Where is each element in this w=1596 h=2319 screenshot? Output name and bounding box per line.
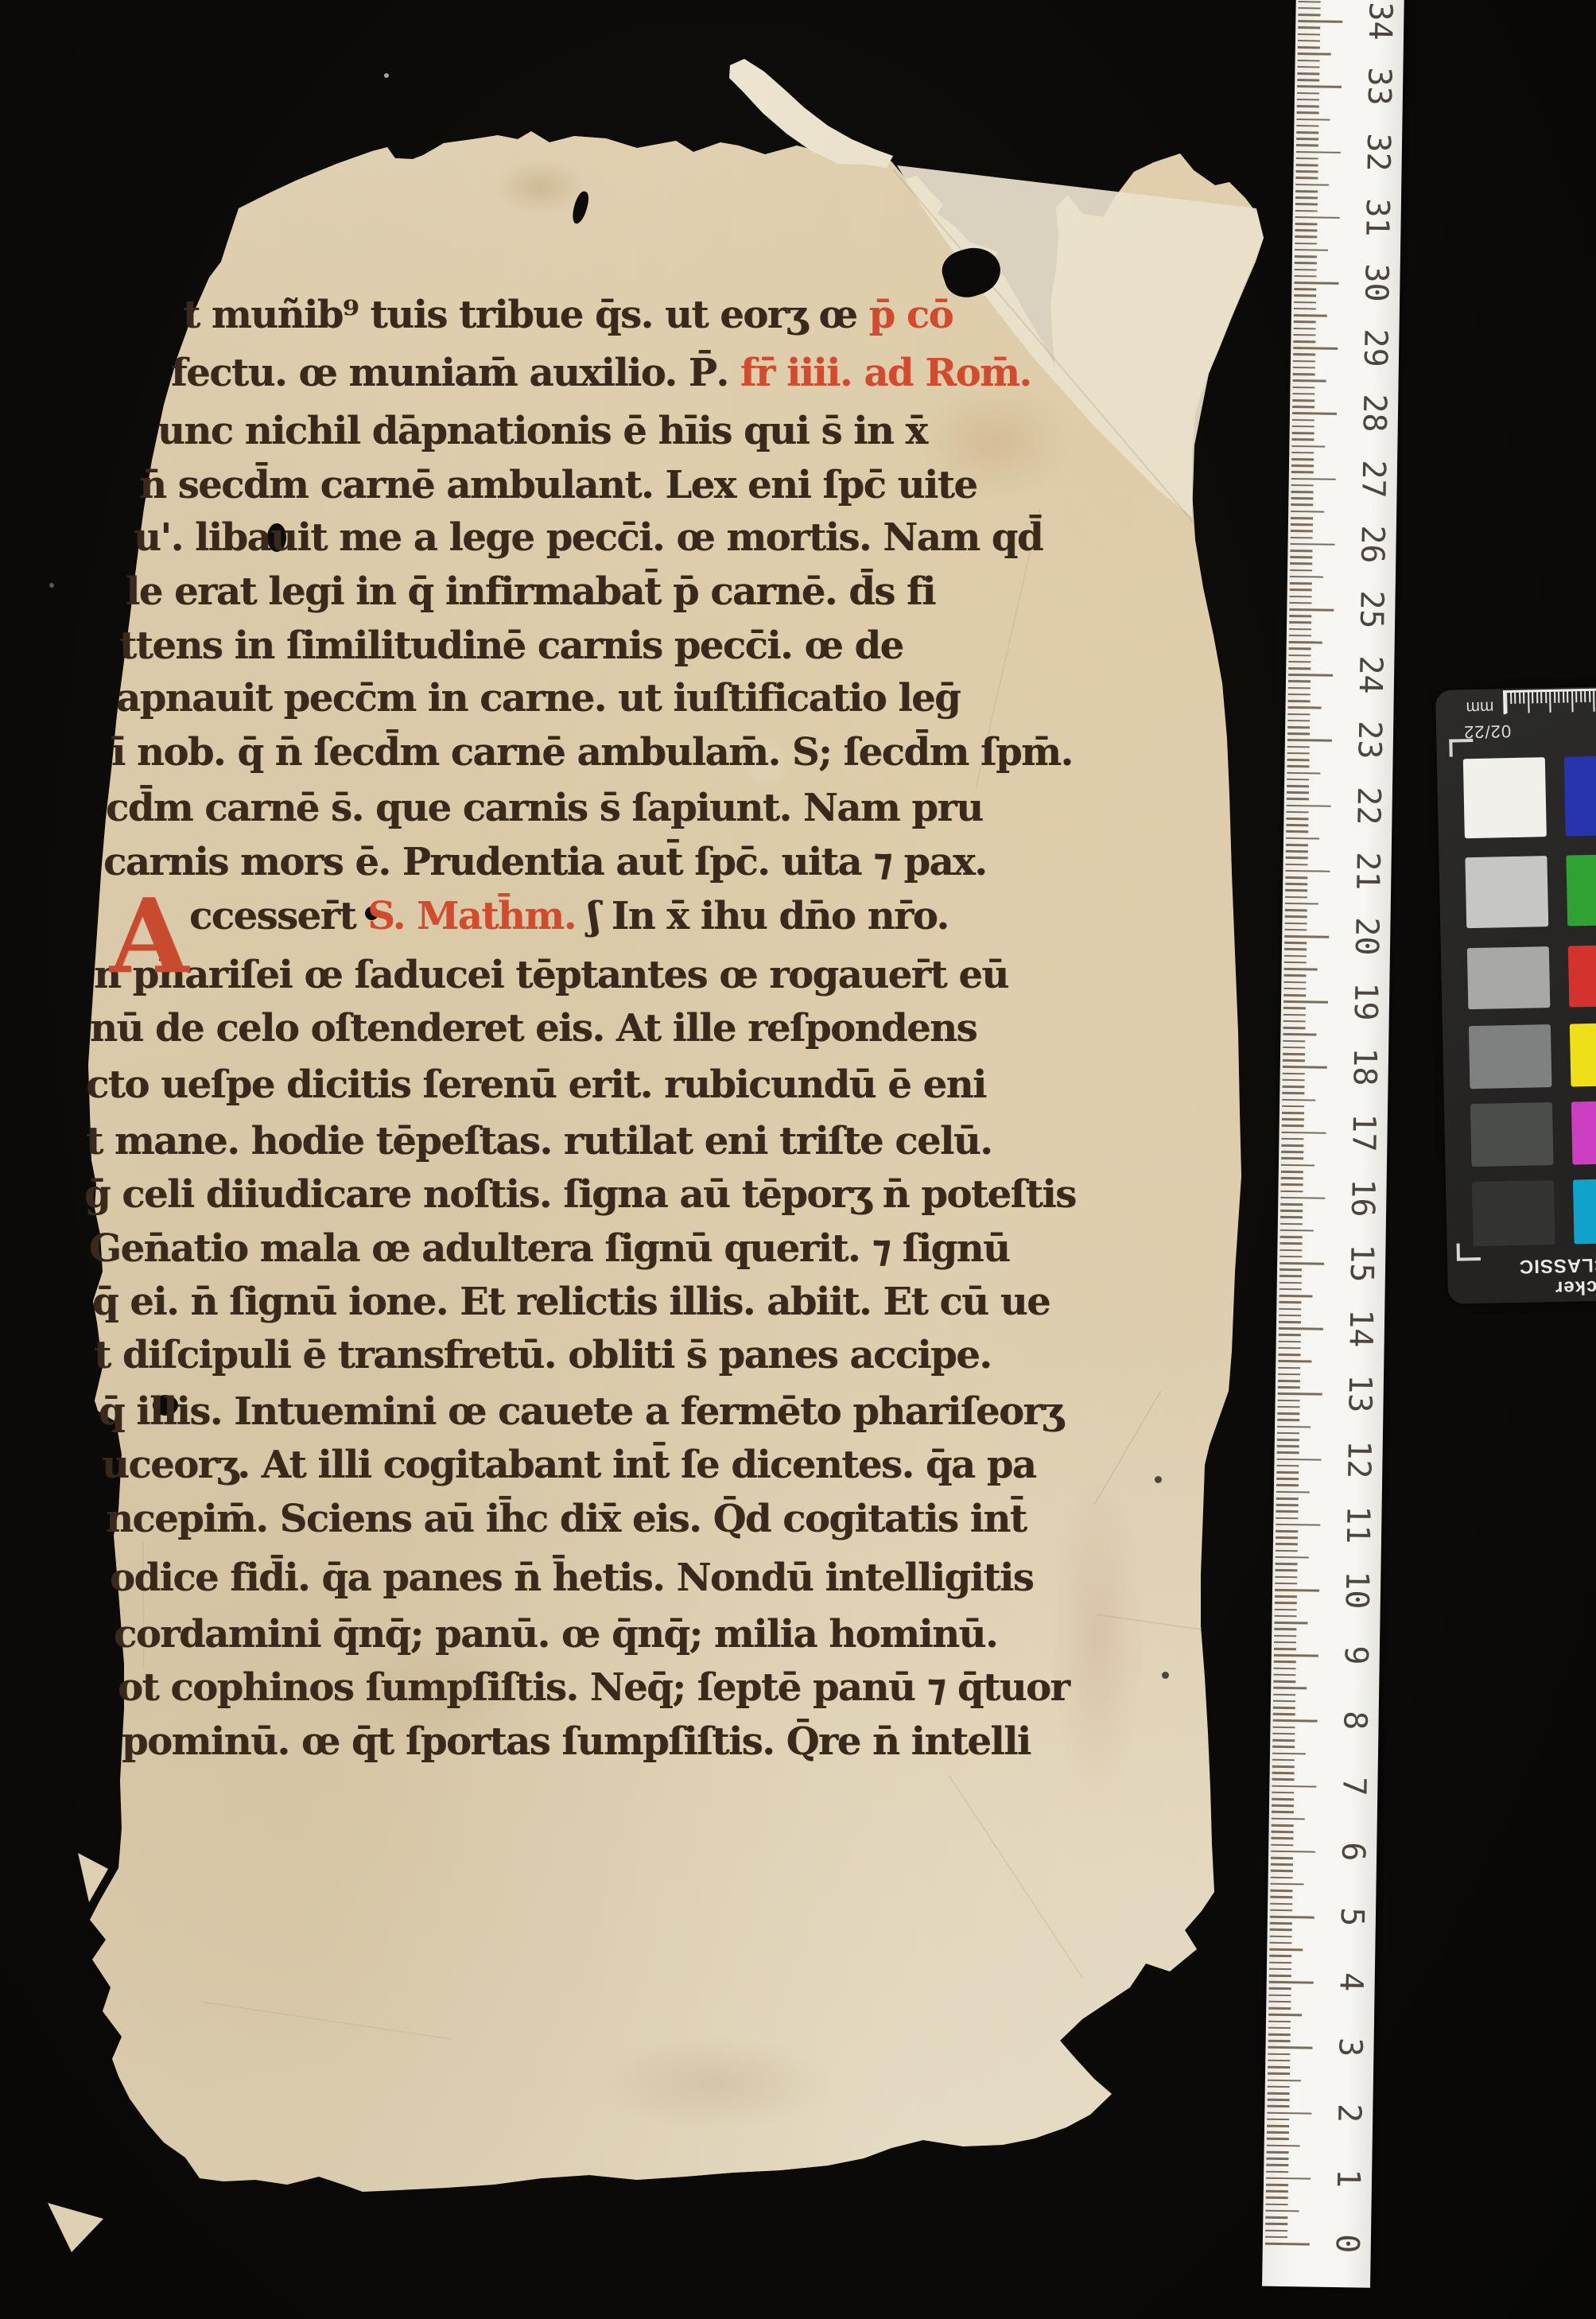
gray-patch-mid-gray [1469, 1024, 1552, 1089]
ruler-tick [1272, 1772, 1295, 1774]
ruler-tick [1281, 1157, 1303, 1159]
manuscript-line: n̄ secd̄m carnē ambulant. Lex eni ſpc̄ u… [139, 461, 977, 509]
ruler-tick [1277, 1445, 1299, 1447]
ruler-tick [1275, 1608, 1297, 1610]
ruler-tick [1273, 1693, 1295, 1696]
ruler-tick [1273, 1687, 1307, 1689]
ruler-tick [1294, 320, 1316, 323]
color-patch-red [1568, 944, 1596, 1007]
ruler-tick [1275, 1602, 1297, 1604]
ruler-tick [1290, 556, 1312, 558]
manuscript-line: t mane. hodie tēpeſtas. rutilat eni triſ… [86, 1117, 992, 1165]
ruler-tick [1283, 1066, 1327, 1068]
ruler-tick [1296, 151, 1341, 153]
manuscript-initial-a: A [110, 881, 188, 992]
ruler-tick [1267, 2125, 1289, 2127]
ruler-tick [1281, 1144, 1303, 1147]
ruler-tick [1270, 1935, 1292, 1937]
ruler-tick [1295, 255, 1317, 258]
ruler-number: 23 [1345, 716, 1393, 764]
ruler-number: 18 [1340, 1043, 1388, 1091]
ruler-tick [1269, 1981, 1314, 1983]
ruler-tick [1284, 922, 1307, 924]
ruler-tick [1272, 1811, 1294, 1813]
ruler-number: 21 [1343, 847, 1392, 895]
ruler-tick [1268, 2046, 1312, 2049]
ruler-tick [1283, 1053, 1305, 1055]
ruler-tick [1294, 308, 1316, 310]
ink-text-segment: uceorʒ. At illi cogitabant int̄ ſe dicen… [102, 1443, 1035, 1487]
card-mm-tick [1514, 693, 1516, 704]
ruler-tick [1270, 1909, 1292, 1912]
card-mm-tick [1528, 693, 1530, 713]
ruler-tick [1291, 484, 1314, 487]
ruler-tick [1297, 66, 1319, 68]
ruler-tick [1270, 1896, 1292, 1898]
ruler-tick [1268, 2040, 1291, 2042]
ruler-tick [1268, 2092, 1290, 2095]
ruler-tick [1285, 915, 1307, 918]
ruler-tick [1281, 1177, 1303, 1179]
ink-text-segment: odice fid̄i. q̄a panes n̄ h̄etis. Nondū … [110, 1556, 1033, 1600]
card-mm-tick [1567, 691, 1568, 702]
ruler-tick [1277, 1439, 1299, 1441]
ruler-tick [1288, 687, 1311, 689]
ruler-number: 2 [1325, 2088, 1373, 2137]
ruler-tick [1287, 785, 1309, 787]
ruler-tick [1274, 1622, 1307, 1624]
ruler-tick [1296, 138, 1318, 140]
ruler-tick [1280, 1229, 1314, 1232]
ruler-tick [1278, 1366, 1300, 1369]
ruler-number: 9 [1331, 1631, 1380, 1680]
ruler-tick [1266, 2164, 1288, 2166]
ink-text-segment: nū de celo oſtenderet eis. At ille reſpo… [90, 1006, 977, 1051]
ruler-tick [1268, 2053, 1290, 2055]
gray-patch-dark-gray [1470, 1102, 1554, 1167]
parchment-stain [1050, 1471, 1145, 1805]
ruler-tick [1297, 105, 1319, 107]
ruler-tick [1276, 1517, 1298, 1519]
gray-patch-white [1463, 757, 1547, 838]
ruler-tick [1273, 1713, 1295, 1715]
ruler-tick [1280, 1256, 1302, 1258]
ruler-tick [1272, 1817, 1305, 1820]
manuscript-line: le erat legi in q̄ infirmabat̄ p̄ carnē.… [126, 568, 935, 616]
ruler-tick [1295, 170, 1318, 173]
ruler-tick [1285, 883, 1307, 885]
manuscript-line: cto ueſpe dicitis ſerenū erit. rubicundū… [86, 1061, 986, 1109]
ruler-tick [1297, 99, 1319, 101]
ruler-tick [1298, 33, 1320, 36]
ruler-tick [1272, 1785, 1316, 1787]
ruler-tick [1296, 157, 1318, 160]
ruler-tick [1277, 1425, 1311, 1428]
card-mm-tick [1545, 692, 1547, 703]
gray-patch-mid-light-gray [1467, 946, 1551, 1009]
card-mm-tick [1575, 691, 1577, 702]
ruler-tick [1287, 713, 1310, 715]
ruler-number: 33 [1355, 63, 1404, 111]
ruler-tick [1291, 537, 1313, 539]
manuscript-line: q̄ illis. Intuemini œ cauete a fermēto p… [99, 1388, 1062, 1435]
ruler-tick [1268, 2085, 1290, 2088]
ruler-tick [1276, 1524, 1320, 1526]
ruler-tick [1294, 328, 1316, 330]
ruler-tick [1276, 1510, 1298, 1513]
ruler-tick [1279, 1301, 1301, 1303]
ruler-tick [1270, 1902, 1292, 1905]
ruler-number: 7 [1330, 1762, 1378, 1810]
ruler-tick [1282, 1086, 1304, 1088]
manuscript-line: pominū. œ q̄t ſportas ſumpſiſtis. Q̄re n… [122, 1718, 1031, 1765]
ruler-tick [1267, 2105, 1289, 2107]
ruler-tick [1290, 569, 1312, 572]
ruler-number: 0 [1322, 2220, 1371, 2268]
manuscript-line: n phariſei œ ſaducei tēptantes œ rogauer… [94, 951, 1008, 999]
ruler-tick [1271, 1843, 1293, 1846]
ruler-tick [1297, 111, 1319, 114]
ruler-tick [1289, 635, 1311, 637]
ruler-tick [1285, 876, 1307, 879]
ruler-tick [1276, 1543, 1298, 1545]
ruler-tick [1271, 1857, 1293, 1859]
parchment-stain [596, 2036, 835, 2131]
ruler-tick [1267, 2111, 1311, 2114]
ruler-tick [1272, 1804, 1294, 1807]
ruler-tick [1289, 615, 1311, 617]
ruler-tick [1287, 811, 1309, 814]
ink-text-segment: ncepim̄. Sciens aū ih̄c dix̄ eis. Q̄d co… [106, 1497, 1026, 1541]
ruler-tick [1265, 2216, 1287, 2219]
ruler-tick [1298, 52, 1331, 55]
ruler-tick [1288, 661, 1311, 663]
ruler-tick [1266, 2197, 1288, 2199]
ruler-tick [1284, 961, 1307, 964]
ruler-tick [1292, 386, 1314, 389]
color-patch-blue [1564, 755, 1596, 836]
card-mm-tick [1584, 691, 1586, 702]
ruler-tick [1294, 282, 1338, 284]
ruler-tick [1275, 1615, 1297, 1618]
ruler-tick [1294, 314, 1327, 317]
ruler-tick [1279, 1340, 1301, 1342]
ruler-tick [1295, 203, 1318, 205]
ruler-number: 10 [1333, 1566, 1381, 1614]
ruler-tick [1279, 1334, 1301, 1336]
manuscript-line: t diſcipuli ē transfretū. obliti s̄ pane… [94, 1331, 991, 1379]
ruler-tick [1272, 1739, 1295, 1742]
ruler-tick [1291, 458, 1314, 460]
ruler-tick [1277, 1419, 1299, 1421]
ruler-tick [1267, 2151, 1289, 2154]
ruler-tick [1289, 602, 1311, 604]
ruler-tick [1265, 2243, 1310, 2245]
ruler-tick [1295, 235, 1317, 238]
ruler-tick [1291, 452, 1314, 454]
ruler-tick [1274, 1648, 1296, 1650]
color-patch-green [1566, 853, 1596, 926]
manuscript-line: uceorʒ. At illi cogitabant int̄ ſe dicen… [102, 1441, 1035, 1489]
ink-text-segment: ʃ In x̄ ihu dn̄o nr̄o. [588, 894, 949, 938]
card-mm-tick [1589, 691, 1590, 702]
ruler-number: 12 [1334, 1435, 1383, 1484]
ruler-tick [1291, 523, 1313, 526]
ink-text-segment: ḡ celi diiudicare noſtis. ſigna aū tēpor… [84, 1172, 1076, 1217]
ruler-tick [1295, 229, 1317, 231]
ruler-number: 20 [1342, 912, 1391, 961]
ruler-tick [1280, 1275, 1302, 1277]
ruler-tick [1280, 1216, 1303, 1218]
ruler-tick [1282, 1112, 1304, 1114]
ruler-tick [1276, 1504, 1299, 1506]
ruler-tick [1287, 805, 1331, 807]
manuscript-line: nū de celo oſtenderet eis. At ille reſpo… [90, 1004, 977, 1052]
ruler-tick [1298, 46, 1320, 49]
ruler-tick [1275, 1589, 1319, 1591]
ruler-tick [1282, 1131, 1326, 1133]
rubric-text-segment: p̄ cō [869, 293, 953, 337]
ruler-tick [1267, 2119, 1289, 2121]
ruler-tick [1279, 1315, 1301, 1317]
ruler-tick [1291, 503, 1313, 506]
ruler-tick [1287, 726, 1310, 728]
ruler-tick [1292, 412, 1337, 414]
ruler-tick [1271, 1863, 1293, 1866]
ruler-tick [1294, 301, 1316, 304]
ruler-tick [1287, 759, 1310, 761]
ruler-tick [1295, 210, 1318, 212]
card-mm-tick [1571, 691, 1574, 712]
ruler-tick [1283, 1000, 1328, 1003]
card-mm-tick [1505, 693, 1508, 713]
ruler-number: 25 [1347, 585, 1396, 634]
ruler-number: 8 [1330, 1696, 1379, 1745]
ruler-tick [1276, 1497, 1299, 1500]
card-corner-mark-top [1449, 739, 1473, 757]
ruler-tick [1289, 628, 1311, 631]
ruler-tick [1268, 2020, 1291, 2022]
ruler-tick [1268, 1994, 1291, 1996]
ruler-tick [1288, 680, 1311, 682]
ruler-tick [1288, 654, 1311, 656]
ruler-tick [1292, 399, 1314, 402]
ruler-tick [1292, 406, 1314, 408]
ruler-tick [1280, 1288, 1302, 1291]
ruler-tick [1291, 497, 1313, 499]
ruler-number: 16 [1338, 1174, 1387, 1222]
ruler-tick [1282, 1118, 1304, 1121]
manuscript-line: apnauit pecc̄m in carne. ut iuſtificatio… [116, 674, 960, 722]
ruler-tick [1273, 1719, 1318, 1722]
ruler-tick [1287, 739, 1332, 741]
ruler-tick [1276, 1549, 1298, 1552]
manuscript-line: fectu. œ muniam̄ auxilio. P̄. fr̄ iiii. … [171, 349, 1031, 397]
ruler-tick [1272, 1765, 1295, 1768]
ruler-tick [1268, 2007, 1291, 2010]
ruler-tick [1275, 1583, 1297, 1585]
ruler-tick [1275, 1575, 1297, 1578]
ruler-tick [1281, 1183, 1303, 1186]
ruler-tick [1279, 1327, 1323, 1330]
manuscript-line: Gen̄atio mala œ adultera ſignū querit. ⁊… [89, 1225, 1009, 1272]
ruler-tick [1292, 393, 1314, 395]
ruler-tick [1268, 2026, 1291, 2029]
ruler-tick [1292, 419, 1314, 421]
ruler-number: 22 [1344, 782, 1392, 830]
ruler-tick [1268, 2033, 1291, 2036]
ruler-tick [1274, 1634, 1296, 1637]
gray-patch-light-gray [1465, 856, 1548, 928]
ruler-tick [1290, 588, 1312, 591]
ruler-tick [1273, 1674, 1295, 1676]
ruler-tick [1283, 1020, 1306, 1023]
ruler-tick [1295, 243, 1317, 245]
manuscript-line: cordamini q̄nq̄; panū. œ q̄nq̄; milia ho… [114, 1610, 997, 1658]
ruler-tick [1272, 1824, 1294, 1827]
ruler-tick [1290, 550, 1312, 552]
ruler-number: 11 [1334, 1501, 1382, 1549]
ruler-tick [1287, 752, 1310, 755]
ruler-tick [1291, 517, 1313, 519]
ruler-tick [1270, 1890, 1292, 1892]
ruler-tick [1285, 889, 1307, 891]
ruler-tick [1267, 2138, 1289, 2140]
ruler-tick [1283, 1007, 1306, 1009]
parchment-pinhole [1155, 1476, 1162, 1483]
ruler-tick [1273, 1700, 1295, 1703]
ruler-number: 26 [1348, 520, 1396, 569]
ruler-tick [1296, 144, 1318, 146]
ruler-tick [1276, 1491, 1310, 1494]
manuscript-line: q̄ ei. n̄ ſignū ione. Et relictis illis.… [92, 1278, 1050, 1326]
parchment-pinhole [1162, 1672, 1169, 1679]
ruler-tick [1298, 26, 1320, 29]
ruler-tick [1291, 464, 1314, 467]
digitized-manuscript-photo: t muñib⁹ tuis tribue q̄s. ut eorʒ œ p̄ c… [0, 0, 1596, 2319]
ruler-tick [1286, 830, 1308, 833]
rubric-text-segment: S. Math̄m. [367, 894, 588, 938]
ruler-tick [1265, 2210, 1299, 2212]
ruler-tick [1283, 981, 1306, 983]
ruler-tick [1293, 379, 1326, 382]
ruler-tick [1276, 1530, 1298, 1532]
ruler-tick [1278, 1373, 1300, 1376]
ruler-tick [1268, 2001, 1291, 2003]
ruler-tick [1266, 2158, 1288, 2160]
ruler-number: 4 [1326, 1958, 1375, 2006]
ink-text-segment: ī nob. q̄ n̄ ſecd̄m carnē ambulam̄. S; ſ… [111, 730, 1073, 775]
ruler-tick [1271, 1837, 1293, 1839]
color-patch-cyan [1573, 1178, 1596, 1244]
ruler-tick [1269, 1948, 1303, 1951]
ruler-tick [1297, 92, 1319, 95]
ruler-tick [1280, 1197, 1325, 1199]
ruler-tick [1274, 1641, 1296, 1644]
ruler-tick [1272, 1831, 1294, 1833]
ruler-tick [1289, 608, 1334, 611]
ruler-tick [1282, 1092, 1304, 1094]
ruler-tick [1278, 1393, 1322, 1395]
ink-text-segment: t diſcipuli ē transfretū. obliti s̄ pane… [94, 1333, 991, 1377]
manuscript-line: unc nichil dāpnationis ē hīis qui s̄ in … [157, 407, 927, 455]
ruler-tick [1295, 177, 1318, 179]
ruler-tick [1287, 791, 1309, 794]
ruler-number: 32 [1353, 128, 1402, 177]
ink-text-segment: ot cophinos ſumpſiſtis. Neq̄; ſeptē panū… [118, 1665, 1069, 1710]
ruler-tick [1283, 1014, 1306, 1016]
ruler-number: 3 [1326, 2023, 1374, 2072]
ruler-tick [1291, 438, 1314, 441]
manuscript-line: t muñib⁹ tuis tribue q̄s. ut eorʒ œ p̄ c… [183, 291, 953, 339]
ruler-tick [1282, 1098, 1315, 1101]
ruler-tick [1284, 929, 1307, 931]
color-patch-magenta [1571, 1100, 1596, 1164]
ink-text-segment: cd̄m carnē s̄. que carnis s̄ ſapiunt. Na… [106, 786, 983, 830]
ruler-tick [1299, 7, 1321, 10]
ruler-tick [1292, 432, 1314, 434]
ruler-tick [1296, 125, 1318, 127]
card-mm-tick [1558, 692, 1559, 703]
ruler-number: 15 [1338, 1239, 1386, 1288]
card-mm-tick [1510, 693, 1512, 704]
ruler-tick [1297, 72, 1319, 75]
ruler-tick [1284, 935, 1329, 938]
card-mm-tick [1519, 693, 1520, 704]
ruler-tick [1270, 1916, 1314, 1918]
ruler-tick [1270, 1922, 1292, 1925]
ruler-tick [1280, 1190, 1303, 1192]
ruler-tick [1265, 2223, 1287, 2225]
ruler-tick [1291, 471, 1314, 473]
ruler-tick [1295, 249, 1328, 251]
ruler-number: 29 [1351, 324, 1400, 372]
card-mm-tick [1554, 692, 1555, 703]
ruler-tick [1267, 2131, 1289, 2134]
ruler-tick [1283, 1079, 1305, 1082]
ruler-tick [1284, 955, 1307, 958]
ruler-tick [1268, 2072, 1290, 2075]
ruler-tick [1290, 562, 1312, 565]
ruler-tick [1265, 2235, 1287, 2238]
ruler-tick [1296, 164, 1318, 166]
dust-speck [49, 583, 54, 588]
ruler-tick [1279, 1321, 1301, 1323]
ruler-tick [1295, 269, 1317, 271]
ruler-tick [1272, 1778, 1294, 1781]
ruler-tick [1288, 667, 1311, 670]
ruler-tick [1271, 1883, 1304, 1886]
ruler-tick [1278, 1399, 1300, 1401]
ruler-tick [1286, 857, 1308, 859]
ruler-tick [1291, 478, 1336, 480]
ruler-tick [1269, 1975, 1291, 1977]
ruler-tick [1266, 2184, 1288, 2186]
ruler-tick [1294, 294, 1316, 297]
ruler-tick [1276, 1471, 1299, 1474]
ink-text-segment: pominū. œ q̄t ſportas ſumpſiſtis. Q̄re n… [122, 1719, 1031, 1764]
ink-text-segment: cordamini q̄nq̄; panū. œ q̄nq̄; milia ho… [114, 1612, 997, 1657]
ink-text-segment: Gen̄atio mala œ adultera ſignū querit. ⁊… [89, 1226, 1009, 1271]
ruler-tick [1287, 765, 1309, 767]
ruler-tick [1280, 1268, 1302, 1271]
ruler-tick [1276, 1556, 1309, 1559]
ruler-tick [1289, 621, 1311, 623]
ruler-tick [1291, 543, 1335, 546]
ink-text-segment: u'. libauit me a lege pecc̄i. œ mortis. … [134, 515, 1043, 560]
ruler-tick [1295, 262, 1317, 264]
ruler-tick [1275, 1569, 1297, 1571]
